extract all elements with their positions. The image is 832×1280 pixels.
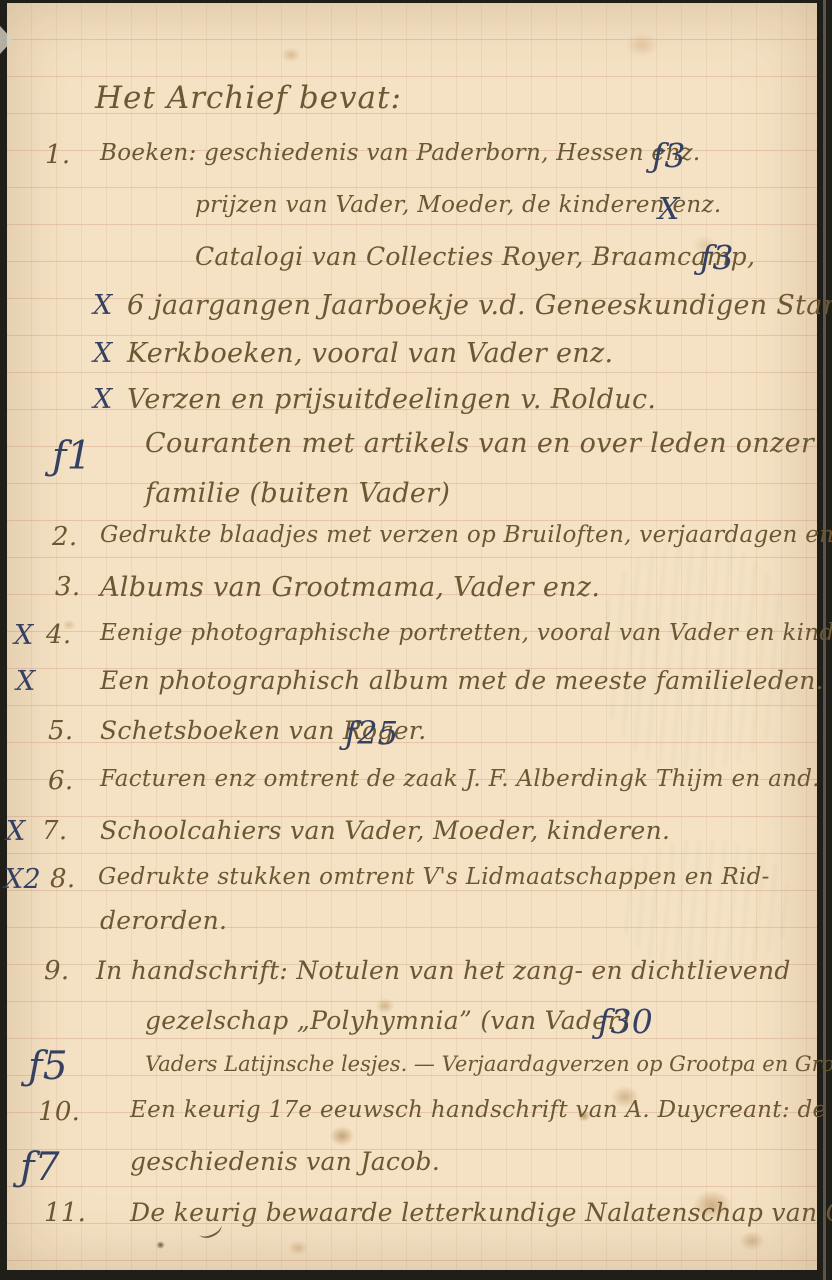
item-text: gezelschap „Polyhymnia” (van Vader) bbox=[145, 1006, 630, 1035]
item-text: Couranten met artikels van en over leden… bbox=[145, 428, 814, 459]
manuscript-line: 11. De keurig bewaarde letterkundige Nal… bbox=[0, 1198, 822, 1246]
price-annotation: ƒ3 bbox=[700, 238, 734, 277]
item-text: Een photographisch album met de meeste f… bbox=[100, 666, 824, 695]
manuscript-line: 6. Facturen enz omtrent de zaak J. F. Al… bbox=[0, 766, 822, 814]
x-mark: X bbox=[93, 384, 113, 415]
manuscript-line: X Verzen en prijsuitdeelingen v. Rolduc. bbox=[0, 384, 822, 432]
item-text: Gedrukte stukken omtrent V's Lidmaatscha… bbox=[98, 864, 770, 890]
manuscript-line: 5. Schetsboeken van Roger. ƒ25 bbox=[0, 716, 822, 764]
x-mark: X bbox=[16, 666, 36, 697]
item-number: 5. bbox=[48, 716, 73, 746]
item-text: Facturen enz omtrent de zaak J. F. Alber… bbox=[100, 766, 820, 792]
item-number: 9. bbox=[44, 956, 69, 986]
price-annotation: ƒ30 bbox=[598, 1002, 653, 1041]
x-mark: X bbox=[14, 620, 34, 651]
item-text: Catalogi van Collecties Royer, Braamcamp… bbox=[195, 242, 755, 271]
item-number: 1. bbox=[45, 140, 70, 170]
item-number: 4. bbox=[46, 620, 71, 650]
item-text: De keurig bewaarde letterkundige Nalaten… bbox=[130, 1198, 832, 1227]
item-number: 8. bbox=[50, 864, 75, 894]
manuscript-line: X2 8. Gedrukte stukken omtrent V's Lidma… bbox=[0, 864, 822, 912]
x-mark: X bbox=[93, 290, 113, 321]
price-annotation: ƒ5 bbox=[28, 1044, 68, 1089]
x-mark: X2 bbox=[4, 864, 41, 895]
manuscript-line: derorden. bbox=[0, 906, 822, 954]
manuscript-line: 1. Boeken: geschiedenis van Paderborn, H… bbox=[0, 140, 822, 188]
manuscript-line: prijzen van Vader, Moeder, de kinderen e… bbox=[0, 192, 822, 240]
manuscript-line: X 6 jaargangen Jaarboekje v.d. Geneeskun… bbox=[0, 290, 822, 338]
item-text: familie (buiten Vader) bbox=[145, 478, 450, 509]
manuscript-line: X Kerkboeken, vooral van Vader enz. bbox=[0, 338, 822, 386]
item-text: Albums van Grootmama, Vader enz. bbox=[100, 572, 600, 603]
x-mark: X bbox=[93, 338, 113, 369]
item-text: 6 jaargangen Jaarboekje v.d. Geneeskundi… bbox=[127, 290, 832, 321]
price-annotation: ƒ1 bbox=[52, 434, 92, 479]
item-text: Kerkboeken, vooral van Vader enz. bbox=[127, 338, 613, 369]
price-annotation: ƒ3 bbox=[652, 136, 686, 175]
x-mark: X bbox=[658, 192, 680, 227]
item-number: 10. bbox=[38, 1097, 80, 1127]
price-annotation: ƒ7 bbox=[20, 1145, 60, 1190]
manuscript-line: X 4. Eenige photographische portretten, … bbox=[0, 620, 822, 668]
manuscript-line: X 7. Schoolcahiers van Vader, Moeder, ki… bbox=[0, 816, 822, 864]
item-text: Boeken: geschiedenis van Paderborn, Hess… bbox=[100, 140, 700, 166]
manuscript-line: 9. In handschrift: Notulen van het zang-… bbox=[0, 956, 822, 1004]
manuscript-line: ƒ5 Vaders Latijnsche lesjes. — Verjaarda… bbox=[0, 1046, 822, 1094]
scanned-manuscript-page: Het Archief bevat: 1. Boeken: geschieden… bbox=[0, 0, 832, 1280]
manuscript-line: Catalogi van Collecties Royer, Braamcamp… bbox=[0, 242, 822, 290]
manuscript-line: 10. Een keurig 17e eeuwsch handschrift v… bbox=[0, 1097, 822, 1145]
manuscript-line: ƒ7 geschiedenis van Jacob. bbox=[0, 1147, 822, 1195]
manuscript-line: 3. Albums van Grootmama, Vader enz. bbox=[0, 572, 822, 620]
item-text: derorden. bbox=[100, 906, 227, 935]
page-title: Het Archief bevat: bbox=[95, 80, 402, 116]
manuscript-line: X Een photographisch album met de meeste… bbox=[0, 666, 822, 714]
item-text: Verzen en prijsuitdeelingen v. Rolduc. bbox=[127, 384, 656, 415]
item-number: 11. bbox=[44, 1198, 86, 1228]
item-number: 7. bbox=[42, 816, 67, 846]
manuscript-text: Het Archief bevat: 1. Boeken: geschieden… bbox=[0, 0, 832, 1280]
x-mark: X bbox=[6, 816, 26, 847]
manuscript-line: 2. Gedrukte blaadjes met verzen op Bruil… bbox=[0, 522, 822, 570]
item-text: Eenige photographische portretten, voora… bbox=[100, 620, 832, 646]
item-text: Gedrukte blaadjes met verzen op Bruiloft… bbox=[100, 522, 832, 548]
price-annotation: ƒ25 bbox=[345, 714, 398, 752]
item-number: 2. bbox=[52, 522, 77, 552]
item-number: 6. bbox=[48, 766, 73, 796]
item-text: Een keurig 17e eeuwsch handschrift van A… bbox=[130, 1097, 826, 1123]
item-text: In handschrift: Notulen van het zang- en… bbox=[96, 956, 791, 985]
item-number: 3. bbox=[55, 572, 80, 602]
item-text: Vaders Latijnsche lesjes. — Verjaardagve… bbox=[145, 1052, 832, 1076]
item-text: prijzen van Vader, Moeder, de kinderen e… bbox=[195, 192, 722, 218]
manuscript-line: ƒ1 Couranten met artikels van en over le… bbox=[0, 428, 822, 476]
item-text: Schoolcahiers van Vader, Moeder, kindere… bbox=[100, 816, 670, 845]
item-text: geschiedenis van Jacob. bbox=[130, 1147, 440, 1176]
manuscript-line: familie (buiten Vader) bbox=[0, 478, 822, 526]
